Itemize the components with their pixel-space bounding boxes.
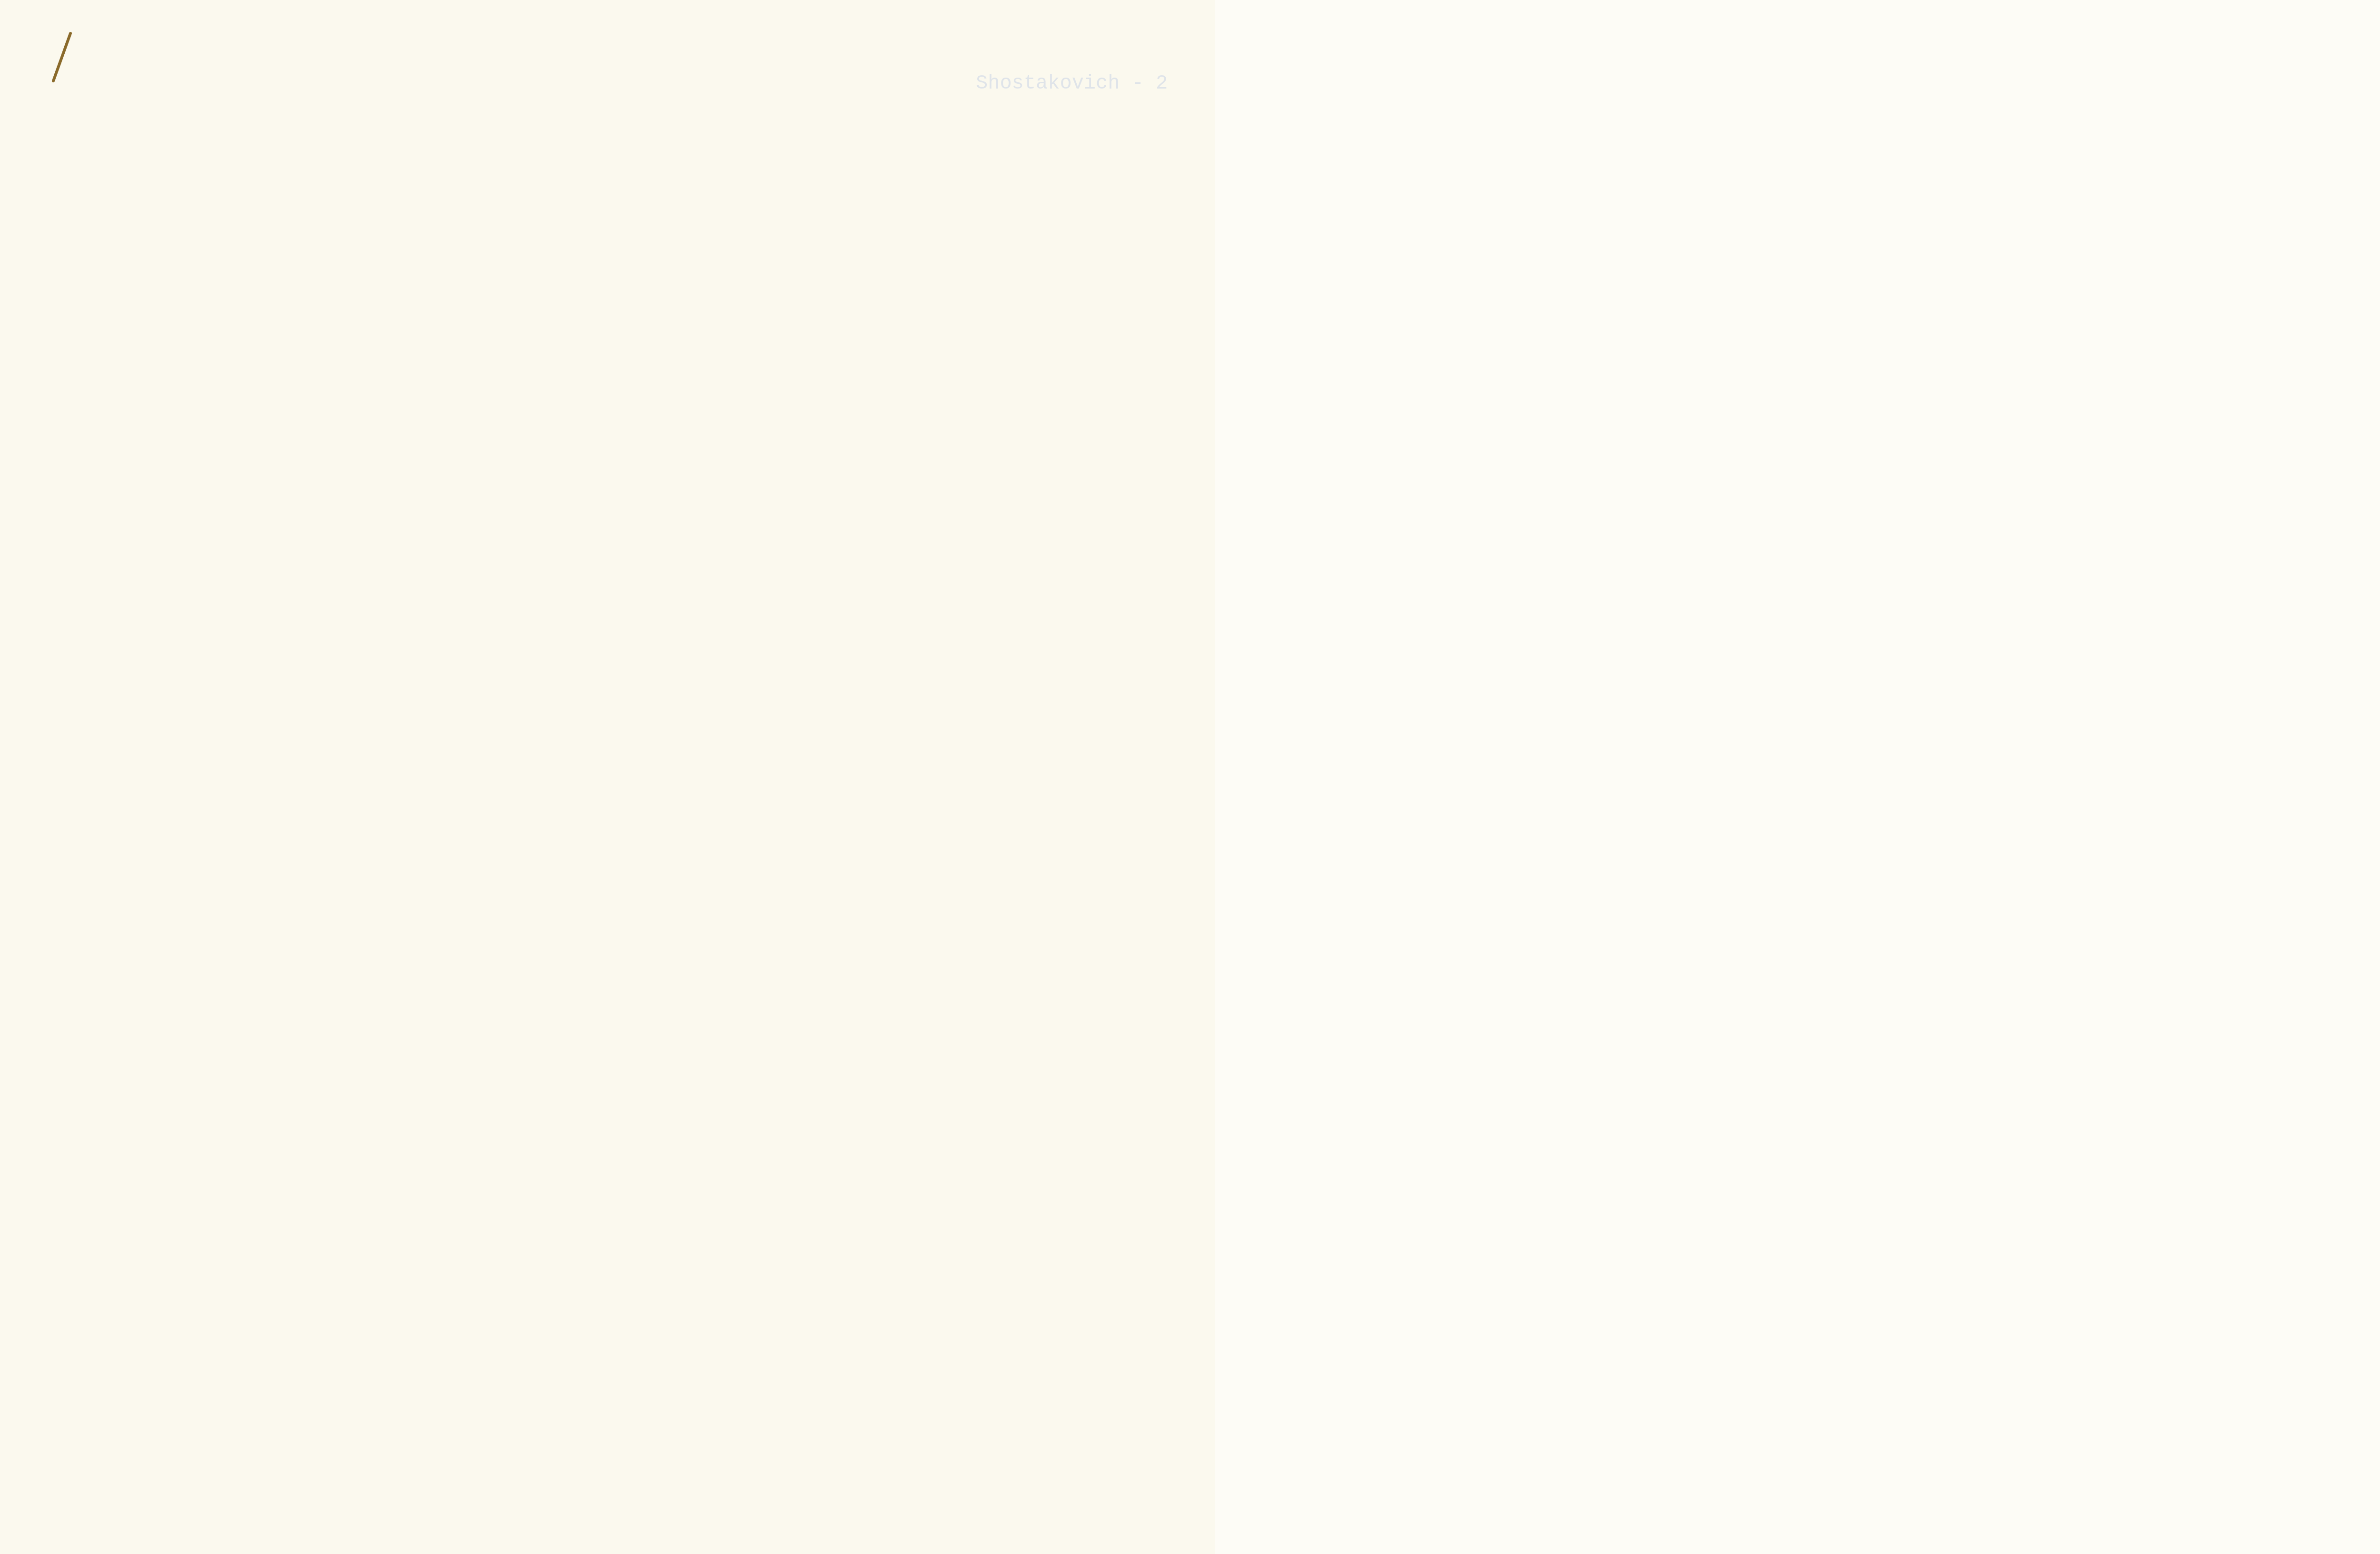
left-page: Shostakovich - 2 [0,0,1215,1554]
staple-mark-icon [48,29,76,86]
ghost-header-bleed: Shostakovich - 2 [976,71,1168,95]
